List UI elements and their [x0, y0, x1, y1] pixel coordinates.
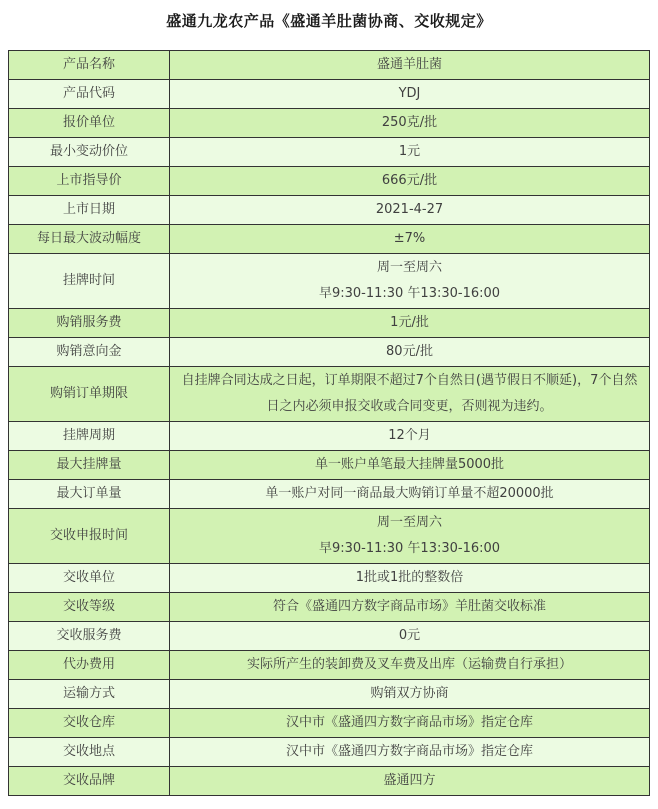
row-value: 12个月: [170, 422, 650, 451]
row-label: 报价单位: [9, 109, 170, 138]
table-row: 代办费用实际所产生的装卸费及叉车费及出库（运输费自行承担）: [9, 651, 650, 680]
row-label: 购销服务费: [9, 309, 170, 338]
table-row: 购销订单期限自挂牌合同达成之日起，订单期限不超过7个自然日(遇节假日不顺延)，7…: [9, 367, 650, 422]
page: 盛通九龙农产品《盛通羊肚菌协商、交收规定》 产品名称盛通羊肚菌产品代码YDJ报价…: [0, 0, 658, 804]
row-value: 符合《盛通四方数字商品市场》羊肚菌交收标准: [170, 593, 650, 622]
row-value: 购销双方协商: [170, 680, 650, 709]
row-value: 单一账户单笔最大挂牌量5000批: [170, 451, 650, 480]
row-label: 交收品牌: [9, 767, 170, 796]
row-value: 250克/批: [170, 109, 650, 138]
row-label: 购销意向金: [9, 338, 170, 367]
row-label: 交收服务费: [9, 622, 170, 651]
row-value: 666元/批: [170, 167, 650, 196]
table-row: 交收品牌盛通四方: [9, 767, 650, 796]
table-row: 挂牌周期12个月: [9, 422, 650, 451]
table-row: 最大订单量单一账户对同一商品最大购销订单量不超20000批: [9, 480, 650, 509]
row-value: 周一至周六 早9:30-11:30 午13:30-16:00: [170, 509, 650, 564]
table-row: 产品代码YDJ: [9, 80, 650, 109]
table-row: 每日最大波动幅度±7%: [9, 225, 650, 254]
row-label: 运输方式: [9, 680, 170, 709]
row-value: 单一账户对同一商品最大购销订单量不超20000批: [170, 480, 650, 509]
spec-table-body: 产品名称盛通羊肚菌产品代码YDJ报价单位250克/批最小变动价位1元上市指导价6…: [9, 51, 650, 796]
row-value: 2021-4-27: [170, 196, 650, 225]
row-label: 挂牌时间: [9, 254, 170, 309]
row-label: 挂牌周期: [9, 422, 170, 451]
row-value: ±7%: [170, 225, 650, 254]
row-value: 1元/批: [170, 309, 650, 338]
row-label: 最大挂牌量: [9, 451, 170, 480]
row-value: 0元: [170, 622, 650, 651]
row-label: 交收地点: [9, 738, 170, 767]
row-label: 每日最大波动幅度: [9, 225, 170, 254]
row-value: 80元/批: [170, 338, 650, 367]
table-row: 产品名称盛通羊肚菌: [9, 51, 650, 80]
table-row: 购销意向金80元/批: [9, 338, 650, 367]
row-value: 自挂牌合同达成之日起，订单期限不超过7个自然日(遇节假日不顺延)，7个自然日之内…: [170, 367, 650, 422]
table-row: 最大挂牌量单一账户单笔最大挂牌量5000批: [9, 451, 650, 480]
row-label: 交收仓库: [9, 709, 170, 738]
table-row: 上市日期2021-4-27: [9, 196, 650, 225]
row-label: 交收等级: [9, 593, 170, 622]
table-row: 挂牌时间周一至周六 早9:30-11:30 午13:30-16:00: [9, 254, 650, 309]
row-label: 最小变动价位: [9, 138, 170, 167]
row-value: 1元: [170, 138, 650, 167]
row-label: 代办费用: [9, 651, 170, 680]
table-row: 交收单位1批或1批的整数倍: [9, 564, 650, 593]
row-value: 汉中市《盛通四方数字商品市场》指定仓库: [170, 738, 650, 767]
table-row: 交收仓库汉中市《盛通四方数字商品市场》指定仓库: [9, 709, 650, 738]
row-value: 1批或1批的整数倍: [170, 564, 650, 593]
row-value: 周一至周六 早9:30-11:30 午13:30-16:00: [170, 254, 650, 309]
row-value: 盛通羊肚菌: [170, 51, 650, 80]
row-label: 上市指导价: [9, 167, 170, 196]
row-value: YDJ: [170, 80, 650, 109]
page-title: 盛通九龙农产品《盛通羊肚菌协商、交收规定》: [8, 10, 650, 31]
table-row: 最小变动价位1元: [9, 138, 650, 167]
row-label: 购销订单期限: [9, 367, 170, 422]
row-label: 交收申报时间: [9, 509, 170, 564]
row-label: 最大订单量: [9, 480, 170, 509]
row-label: 产品代码: [9, 80, 170, 109]
row-label: 交收单位: [9, 564, 170, 593]
row-label: 产品名称: [9, 51, 170, 80]
table-row: 购销服务费1元/批: [9, 309, 650, 338]
table-row: 交收申报时间周一至周六 早9:30-11:30 午13:30-16:00: [9, 509, 650, 564]
row-value: 实际所产生的装卸费及叉车费及出库（运输费自行承担）: [170, 651, 650, 680]
row-value: 盛通四方: [170, 767, 650, 796]
table-row: 运输方式购销双方协商: [9, 680, 650, 709]
table-row: 交收服务费0元: [9, 622, 650, 651]
row-value: 汉中市《盛通四方数字商品市场》指定仓库: [170, 709, 650, 738]
table-row: 交收地点汉中市《盛通四方数字商品市场》指定仓库: [9, 738, 650, 767]
table-row: 交收等级符合《盛通四方数字商品市场》羊肚菌交收标准: [9, 593, 650, 622]
table-row: 报价单位250克/批: [9, 109, 650, 138]
row-label: 上市日期: [9, 196, 170, 225]
table-row: 上市指导价666元/批: [9, 167, 650, 196]
spec-table: 产品名称盛通羊肚菌产品代码YDJ报价单位250克/批最小变动价位1元上市指导价6…: [8, 50, 650, 796]
